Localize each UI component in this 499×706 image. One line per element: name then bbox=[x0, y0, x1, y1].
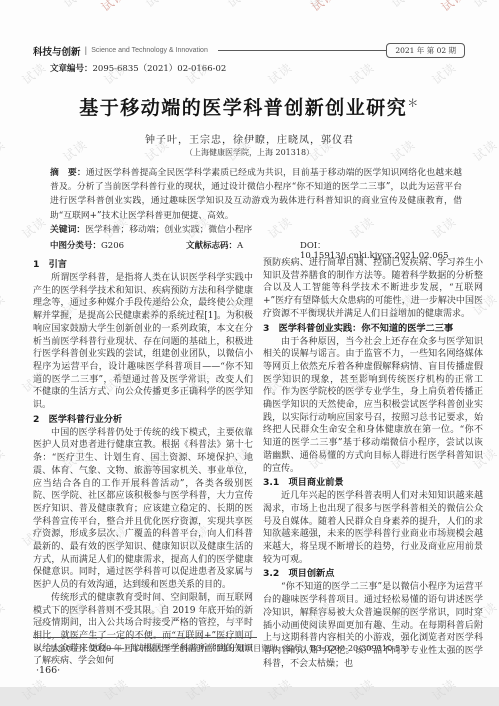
section-2-paragraph-2: 传统形式的健康教育受时间、空间限制，而互联网模式下的医学科普则不受其限。自 20… bbox=[33, 592, 253, 668]
paper-title-text: 基于移动端的医学科普创新创业研究 bbox=[79, 97, 407, 119]
keywords-label: 关键词： bbox=[50, 225, 85, 235]
section-2-heading: 2 医学科普行业分析 bbox=[33, 413, 253, 426]
journal-name-cn: 科技与创新 bbox=[33, 44, 81, 58]
watermark-stamp-red: 试读 bbox=[308, 0, 339, 15]
scan-bottom-edge bbox=[0, 687, 499, 706]
watermark-stamp: 试读 bbox=[0, 290, 8, 319]
continued-paragraph: 预防疾病、进行简单自测、控制已发疾病、学习养生小知识及营养膳食的制作方法等。随着… bbox=[263, 257, 483, 321]
watermark-stamp: 试读 bbox=[429, 59, 460, 88]
funding-footnote: ＊［基金项目］2020 年上海市级大学生创新创业训练计划项目资助（编号：B3-0… bbox=[33, 643, 475, 654]
journal-name-separator: | bbox=[85, 46, 88, 55]
watermark-stamp: 试读 bbox=[224, 0, 255, 11]
watermark-stamp-red: 试读 bbox=[98, 0, 129, 15]
journal-header: 科技与创新 | Science and Technology & Innovat… bbox=[33, 43, 465, 58]
section-1-heading: 1 引言 bbox=[33, 258, 253, 271]
watermark-stamp: 试读 bbox=[388, 0, 419, 11]
abstract-block: 摘 要：通过医学科普提高全民医学科学素质已经成为共识，目前基于移动端的医学知识网… bbox=[50, 166, 462, 237]
clc-value: G206 bbox=[101, 241, 124, 251]
watermark-stamp: 试读 bbox=[142, 0, 173, 11]
watermark-stamp: 试读 bbox=[0, 444, 8, 473]
watermark-stamp: 试读 bbox=[470, 0, 499, 11]
clc-label: 中图分类号： bbox=[50, 241, 101, 251]
scanned-paper-page: 科技与创新 | Science and Technology & Innovat… bbox=[0, 0, 499, 706]
section-3-heading: 3 医学科普创业实践：你不知道的医学二三事 bbox=[263, 322, 483, 335]
section-3-1-paragraph: 近几年兴起的医学科普表明人们对未知知识越来越渴求，市场上也出现了很多与医学科普相… bbox=[263, 490, 483, 566]
article-number-line: 文章编号：2095-6835（2021）02-0166-02 bbox=[50, 62, 226, 74]
watermark-stamp-red: 试读 bbox=[438, 0, 469, 15]
watermark-stamp: 试读 bbox=[60, 0, 91, 11]
watermark-stamp: 试读 bbox=[0, 598, 8, 627]
footnote-separator-rule bbox=[33, 637, 257, 638]
section-2-paragraph-1: 中国的医学科普仍处于传统的线下模式，主要依靠医护人员对患者进行健康宣教。根据《科… bbox=[33, 427, 253, 592]
page-number: ·166· bbox=[36, 665, 60, 676]
body-two-columns: 1 引言 所谓医学科普，是指将人类在认识医学科学实践中产生的医学科学技术和知识、… bbox=[33, 257, 483, 670]
section-3-1-heading: 3.1 项目商业前景 bbox=[263, 476, 483, 489]
keywords-line: 关键词：医学科普；移动端；创业实践；微信小程序 bbox=[50, 223, 462, 237]
header-rule bbox=[218, 50, 386, 51]
watermark-stamp: 试读 bbox=[306, 0, 337, 11]
watermark-stamp: 试读 bbox=[347, 59, 378, 88]
issue-badge: 2021 年 第 02 期 bbox=[386, 43, 465, 58]
authors-line: 钟子叶，王宗忠，徐伊瞭，庄晓凤，郭仪君 bbox=[0, 131, 499, 146]
journal-name-en: Science and Technology & Innovation bbox=[91, 47, 208, 54]
abstract-paragraph: 摘 要：通过医学科普提高全民医学科学素质已经成为共识，目前基于移动端的医学知识网… bbox=[50, 166, 462, 223]
section-3-paragraph: 由于各种原因，当今社会上还存在众多与医学知识相关的误解与谣言。由于监管不力，一些… bbox=[263, 336, 483, 476]
watermark-stamp: 试读 bbox=[19, 213, 50, 242]
doc-code-value: A bbox=[237, 241, 243, 251]
title-footnote-star: ＊ bbox=[407, 97, 420, 110]
watermark-stamp: 试读 bbox=[19, 59, 50, 88]
affiliation-line: （上海健康医学院，上海 201318） bbox=[0, 147, 499, 158]
doi-label: DOI： bbox=[300, 241, 326, 251]
abstract-text: 通过医学科普提高全民医学科学素质已经成为共识，目前基于移动端的医学知识网络化也越… bbox=[50, 168, 462, 221]
left-column: 1 引言 所谓医学科普，是指将人类在认识医学科学实践中产生的医学科学技术和知识、… bbox=[33, 257, 253, 670]
section-3-2-heading: 3.2 项目创新点 bbox=[263, 567, 483, 580]
section-1-paragraph: 所谓医学科普，是指将人类在认识医学科学实践中产生的医学科学技术和知识、疾病预防方… bbox=[33, 272, 253, 412]
keywords-text: 医学科普；移动端；创业实践；微信小程序 bbox=[85, 225, 252, 235]
section-3-2-paragraph: “你不知道的医学二三事”是以微信小程序为运营平台的趣味医学科普项目。通过轻松易懂… bbox=[263, 581, 483, 670]
watermark-stamp: 试读 bbox=[265, 59, 296, 88]
paper-title: 基于移动端的医学科普创新创业研究＊ bbox=[0, 93, 499, 120]
abstract-label: 摘 要： bbox=[50, 168, 86, 178]
watermark-stamp: 试读 bbox=[0, 0, 8, 11]
article-number-value: 2095-6835（2021）02-0166-02 bbox=[93, 64, 227, 74]
doc-code-label: 文献标志码： bbox=[186, 241, 237, 251]
right-column: 预防疾病、进行简单自测、控制已发疾病、学习养生小知识及营养膳食的制作方法等。随着… bbox=[263, 257, 483, 670]
article-number-label: 文章编号： bbox=[50, 64, 93, 74]
